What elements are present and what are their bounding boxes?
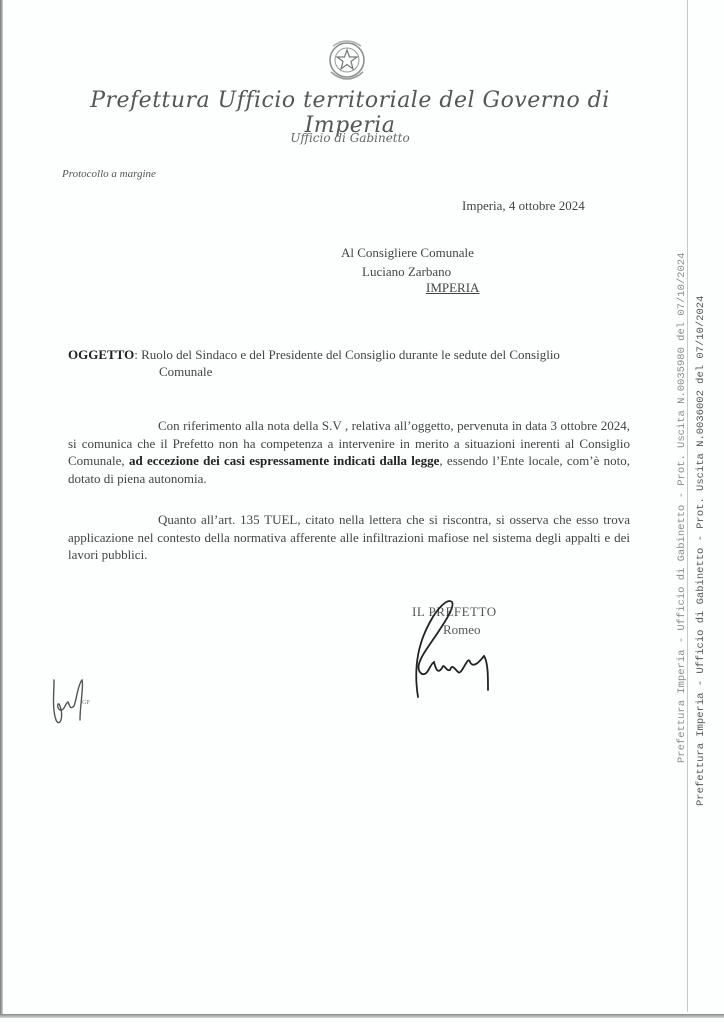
body-paragraph-2: Quanto all’art. 135 TUEL, citato nella l… <box>68 511 630 564</box>
letterhead-subtitle: Ufficio di Gabinetto <box>60 131 640 145</box>
subject-text-1: Ruolo del Sindaco e del Presidente del C… <box>141 347 560 362</box>
protocol-note: Protocollo a margine <box>62 168 156 180</box>
initials-mark-icon: GP <box>44 672 104 732</box>
body-paragraph-1: Con riferimento alla nota della S.V , re… <box>68 417 630 487</box>
recipient-line-2: Luciano Zarbano <box>362 264 451 280</box>
document-page: Prefettura Ufficio territoriale del Gove… <box>0 0 724 1024</box>
italian-republic-emblem-icon <box>323 38 371 88</box>
subject-text-2: Comunale <box>68 363 630 380</box>
subject: OGGETTO: Ruolo del Sindaco e del Preside… <box>68 346 630 380</box>
handwritten-signature-icon <box>408 592 498 702</box>
paragraph-1-emphasis: ad eccezione dei casi espressamente indi… <box>129 453 439 468</box>
subject-label: OGGETTO <box>68 347 134 362</box>
page-bottom-edge <box>0 1014 724 1018</box>
recipient-line-1: Al Consigliere Comunale <box>341 245 474 261</box>
protocol-stamp-2: Prefettura Imperia - Ufficio di Gabinett… <box>695 296 707 806</box>
recipient-line-3: IMPERIA <box>426 280 479 296</box>
protocol-stamp-1: Prefettura Imperia - Ufficio di Gabinett… <box>676 253 688 763</box>
svg-text:GP: GP <box>82 700 90 706</box>
place-date: Imperia, 4 ottobre 2024 <box>462 198 585 214</box>
page-left-edge <box>0 0 3 1016</box>
